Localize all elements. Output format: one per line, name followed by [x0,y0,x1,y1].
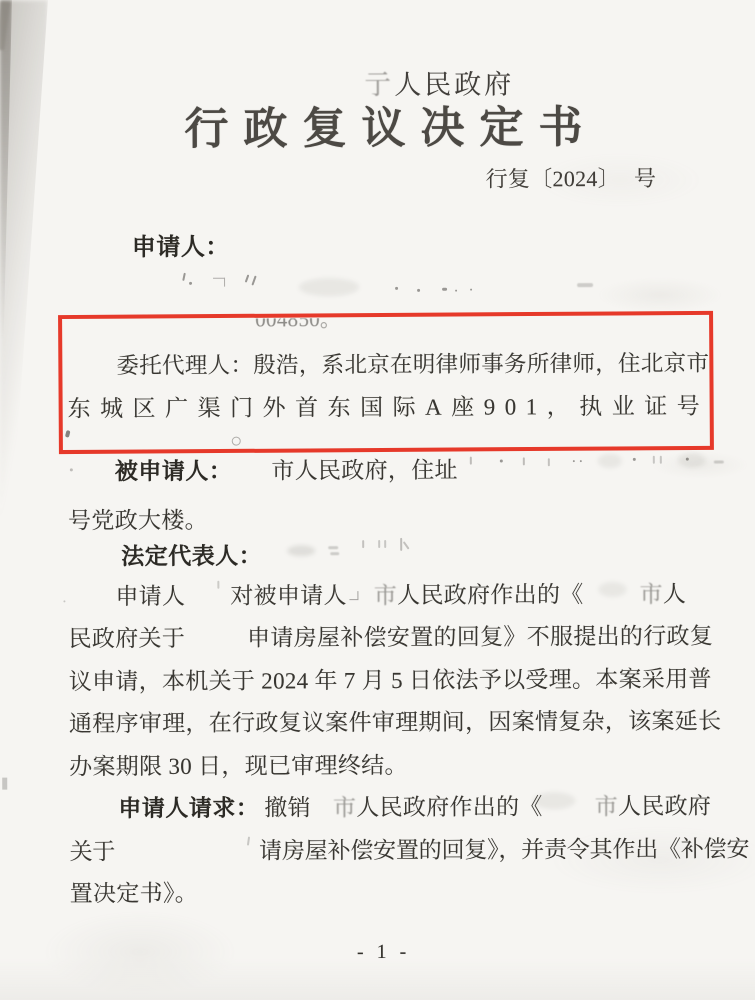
scan-artifact [349,591,358,600]
scan-artifact [189,282,192,285]
redaction-smudge [678,453,706,468]
scan-artifact [384,540,386,548]
case-number-suffix: 号 [634,166,656,191]
case-number: 行复〔2024〕号 [486,162,657,194]
scan-artifact [686,458,689,461]
respondent-line: 被申请人：市人民政府，住址 [115,452,458,486]
scan-artifact [470,457,472,465]
body-text: 人民政府作出的《 [397,582,584,608]
scan-artifact [378,540,380,548]
request-paragraph-line3: 置决定书》。 [70,875,198,909]
scan-artifact [328,546,338,549]
scan-artifact [580,460,582,462]
body-text: 申请房屋补偿安置的回复》不服提出的行政复 [247,624,713,651]
scan-artifact [573,460,575,462]
respondent-text: 市人民政府，住址 [271,458,458,484]
partial-char: 市 [595,794,618,819]
respondent-line-2: 号党政大楼。 [68,502,208,536]
body-text: 人民政府作出的《 [356,794,543,820]
applicant-label: 申请人： [132,227,230,262]
scan-artifact [182,273,186,281]
legal-rep-label: 法定代表人： [121,538,262,572]
scan-artifact [400,538,402,551]
scan-speck [70,468,73,471]
scan-artifact [660,456,662,464]
scan-artifact [217,581,219,589]
body-text: 申请人 [115,584,185,609]
scan-artifact [523,457,525,465]
scan-artifact [213,278,225,287]
redaction-gap [115,859,259,860]
redaction-smudge [299,278,359,296]
partial-char: 市 [639,582,662,607]
scan-artifact [548,458,550,466]
body-text: 撤销 [264,795,311,820]
scan-artifact [577,283,593,287]
scan-artifact [653,456,655,464]
body-text: 人 [663,582,686,607]
redaction-smudge [533,792,575,809]
body-text: 对被申请人 [230,583,347,609]
scan-speck [2,778,7,790]
redaction-smudge [598,582,626,597]
scan-artifact [395,287,398,290]
scan-artifact [442,288,447,291]
case-number-prefix: 行复〔2024〕 [486,166,621,192]
body-text: 请房屋补偿安置的回复》，并责令其作出《补偿安 [259,836,749,863]
scan-artifact [500,459,503,462]
body-paragraph1-line3: 议申请，本机关于 2024 年 7 月 5 日依法予以受理。本案采用普 [69,661,712,697]
body-paragraph1-line5: 办案期限 30 日，现已审理终结。 [69,747,408,781]
partial-char: 市 [374,583,397,608]
body-paragraph1-line2: 民政府关于申请房屋补偿安置的回复》不服提出的行政复 [69,618,714,654]
request-paragraph-line1: 申请人请求：撤销市人民政府作出的《市人民政府 [118,788,711,824]
body-text: 民政府关于 [69,626,186,652]
scan-speck [63,600,65,602]
body-text: 人民政府 [618,794,711,819]
redaction-smudge [287,545,315,556]
scan-artifact [714,460,724,463]
scan-artifact [245,274,250,282]
redaction-smudge [598,454,622,468]
scan-artifact [403,541,410,550]
scan-artifact [633,458,636,461]
partial-char: 市 [333,795,356,820]
scan-artifact [417,289,420,292]
respondent-label: 被申请人： [115,458,233,485]
scan-artifact [251,275,256,285]
request-paragraph-line2: 关于请房屋补偿安置的回复》，并责令其作出《补偿安 [69,830,749,866]
scan-artifact [455,290,457,292]
body-paragraph1-line4: 通程序审理，在行政复议案件审理期间，因案情复杂，该案延长 [69,703,722,739]
scan-artifact [330,552,339,555]
scan-artifact [362,540,364,548]
document-content: 亍人民政府 行政复议决定书 行复〔2024〕号 申请人： 004850。 委托代… [0,0,755,1000]
body-text: 关于 [69,839,115,864]
scanned-document-page: 亍人民政府 行政复议决定书 行复〔2024〕号 申请人： 004850。 委托代… [0,0,755,1000]
document-title: 行政复议决定书 [184,91,597,157]
highlight-box [58,311,714,454]
request-label: 申请人请求： [118,795,259,822]
scan-artifact [470,289,472,291]
page-number: - 1 - [357,941,410,964]
